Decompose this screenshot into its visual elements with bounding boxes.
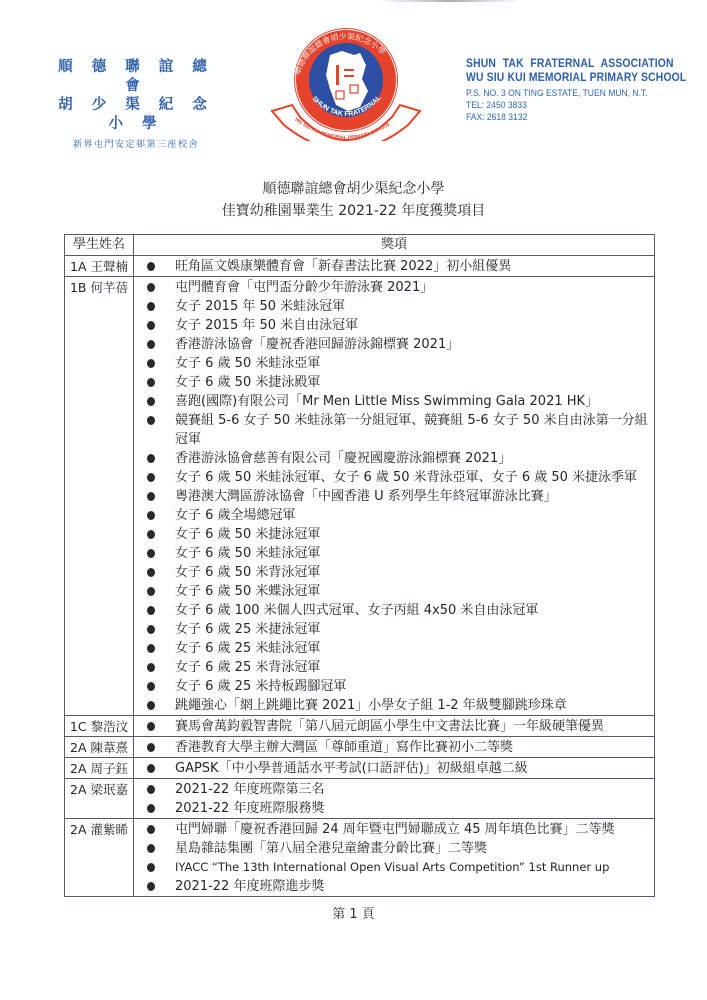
award-item: 香港游泳協會慈善有限公司「慶祝國慶游泳錦標賽 2021」: [134, 449, 654, 468]
scan-edge-shadow: [380, 0, 520, 2]
student-name: 1B 何芊蓓: [65, 277, 134, 716]
award-item: 星島雜誌集團「第八屆全港兒童繪畫分齡比賽」二等獎: [134, 839, 654, 858]
table-row: 2A 陳葦熹 香港教育大學主辦大灣區「尊師重道」寫作比賽初小二等獎: [65, 737, 655, 758]
school-crest-icon: 順德聯誼總會胡少渠紀念小學 SHUN TAK FRATERNAL ASSN WU…: [268, 25, 424, 141]
award-item: IYACC “The 13th International Open Visua…: [134, 858, 654, 877]
award-item: 女子 6 歲 25 米捷泳冠軍: [134, 620, 654, 639]
bullet-icon: [147, 701, 155, 710]
bullet-icon: [147, 492, 155, 501]
letterhead-english: SHUN TAK FRATERNAL ASSOCIATION WU SIU KU…: [466, 57, 696, 124]
award-item: 女子 6 歲 50 米蛙泳冠軍: [134, 544, 654, 563]
award-item: 屯門婦聯「慶祝香港回歸 24 周年暨屯門婦聯成立 45 周年填色比賽」二等獎: [134, 820, 654, 839]
bullet-icon: [147, 530, 155, 539]
bullet-icon: [147, 863, 155, 872]
award-cell: 賽馬會萬鈞毅智書院「第八屆元朗區小學生中文書法比賽」一年級硬筆優異: [134, 716, 655, 737]
award-item: 女子 6 歲 50 米蛙泳冠軍、女子 6 歲 50 米背泳亞軍、女子 6 歲 5…: [134, 468, 654, 487]
bullet-icon: [147, 473, 155, 482]
table-row: 2A 灌紫睎 屯門婦聯「慶祝香港回歸 24 周年暨屯門婦聯成立 45 周年填色比…: [65, 819, 655, 897]
bullet-icon: [147, 378, 155, 387]
school-name-en: WU SIU KUI MEMORIAL PRIMARY SCHOOL: [466, 71, 673, 85]
bullet-icon: [147, 844, 155, 853]
student-name: 1C 黎浩汶: [65, 716, 134, 737]
bullet-icon: [147, 785, 155, 794]
bullet-icon: [147, 682, 155, 691]
bullet-icon: [147, 511, 155, 520]
bullet-icon: [147, 825, 155, 834]
bullet-icon: [147, 359, 155, 368]
student-name: 2A 灌紫睎: [65, 819, 134, 897]
school-telephone: TEL: 2450 3833: [466, 100, 673, 112]
school-association-name-zh: 順 德 聯 誼 總 會: [56, 57, 216, 95]
header-award: 獎項: [134, 235, 655, 256]
bullet-icon: [147, 882, 155, 891]
award-item: 香港游泳協會「慶祝香港回歸游泳錦標賽 2021」: [134, 335, 654, 354]
association-name-en: SHUN TAK FRATERNAL ASSOCIATION: [466, 57, 673, 71]
bullet-icon: [147, 416, 155, 425]
award-cell: 2021-22 年度班際第三名 2021-22 年度班際服務獎: [134, 779, 655, 819]
school-name-zh: 胡 少 渠 紀 念 小 學: [56, 95, 216, 133]
page-number: 第 1 頁: [0, 903, 707, 922]
bullet-icon: [147, 283, 155, 292]
award-item: GAPSK「中小學普通話水平考試(口語評估)」初級組卓越二級: [134, 759, 654, 778]
awards-table: 學生姓名 獎項 1A 王聲楠 旺角區文娛康樂體育會「新春書法比賽 2022」初小…: [64, 234, 655, 897]
award-cell: 香港教育大學主辦大灣區「尊師重道」寫作比賽初小二等獎: [134, 737, 655, 758]
award-item: 香港教育大學主辦大灣區「尊師重道」寫作比賽初小二等獎: [134, 738, 654, 757]
award-cell: GAPSK「中小學普通話水平考試(口語評估)」初級組卓越二級: [134, 758, 655, 779]
bullet-icon: [147, 743, 155, 752]
school-address-en: P.S. NO. 3 ON TING ESTATE, TUEN MUN, N.T…: [466, 88, 673, 100]
bullet-icon: [147, 663, 155, 672]
award-item: 女子 6 歲 50 米捷泳冠軍: [134, 525, 654, 544]
award-item: 女子 2015 年 50 米自由泳冠軍: [134, 316, 654, 335]
bullet-icon: [147, 764, 155, 773]
award-item: 女子 6 歲 50 米捷泳殿軍: [134, 373, 654, 392]
table-row: 1A 王聲楠 旺角區文娛康樂體育會「新春書法比賽 2022」初小組優異: [65, 256, 655, 277]
bullet-icon: [147, 397, 155, 406]
school-fax: FAX: 2618 3132: [466, 112, 673, 124]
award-item: 2021-22 年度班際進步獎: [134, 877, 654, 896]
award-item: 跳繩強心「網上跳繩比賽 2021」小學女子組 1-2 年級雙腳跳珍珠章: [134, 696, 654, 715]
award-item: 女子 6 歲 100 米個人四式冠軍、女子丙組 4x50 米自由泳冠軍: [134, 601, 654, 620]
bullet-icon: [147, 625, 155, 634]
school-logo: 順德聯誼總會胡少渠紀念小學 SHUN TAK FRATERNAL ASSN WU…: [268, 25, 424, 141]
award-item: 屯門體育會「屯門盃分齡少年游泳賽 2021」: [134, 278, 654, 297]
bullet-icon: [147, 587, 155, 596]
student-name: 2A 周子鈺: [65, 758, 134, 779]
bullet-icon: [147, 722, 155, 731]
award-cell: 屯門體育會「屯門盃分齡少年游泳賽 2021」 女子 2015 年 50 米蛙泳冠…: [134, 277, 655, 716]
bullet-icon: [147, 644, 155, 653]
bullet-icon: [147, 340, 155, 349]
award-item: 競賽組 5-6 女子 50 米蛙泳第一分組冠軍、競賽組 5-6 女子 50 米自…: [134, 411, 654, 449]
student-name: 2A 陳葦熹: [65, 737, 134, 758]
table-header-row: 學生姓名 獎項: [65, 235, 655, 256]
letterhead-chinese: 順 德 聯 誼 總 會 胡 少 渠 紀 念 小 學 新界屯門安定邨第三座校舍: [56, 57, 216, 150]
award-item: 女子 2015 年 50 米蛙泳冠軍: [134, 297, 654, 316]
award-item: 女子 6 歲 25 米持板踢腳冠軍: [134, 677, 654, 696]
award-item: 旺角區文娛康樂體育會「新春書法比賽 2022」初小組優異: [134, 257, 654, 276]
bullet-icon: [147, 606, 155, 615]
student-name: 2A 梁珉嘉: [65, 779, 134, 819]
award-item: 女子 6 歲 50 米蛙泳亞軍: [134, 354, 654, 373]
award-item: 2021-22 年度班際服務獎: [134, 799, 654, 818]
bullet-icon: [147, 262, 155, 271]
award-item: 喜跑(國際)有限公司「Mr Men Little Miss Swimming G…: [134, 392, 654, 411]
table-row: 2A 周子鈺 GAPSK「中小學普通話水平考試(口語評估)」初級組卓越二級: [65, 758, 655, 779]
school-address-zh: 新界屯門安定邨第三座校舍: [56, 137, 216, 150]
award-item: 女子 6 歲 50 米蝶泳冠軍: [134, 582, 654, 601]
award-cell: 屯門婦聯「慶祝香港回歸 24 周年暨屯門婦聯成立 45 周年填色比賽」二等獎 星…: [134, 819, 655, 897]
table-row: 2A 梁珉嘉 2021-22 年度班際第三名 2021-22 年度班際服務獎: [65, 779, 655, 819]
bullet-icon: [147, 549, 155, 558]
document-title-awards: 佳寶幼稚園畢業生 2021-22 年度獲獎項目: [0, 200, 707, 220]
award-item: 2021-22 年度班際第三名: [134, 780, 654, 799]
header-student-name: 學生姓名: [65, 235, 134, 256]
document-title-school: 順德聯誼總會胡少渠紀念小學: [0, 178, 707, 198]
bullet-icon: [147, 302, 155, 311]
bullet-icon: [147, 804, 155, 813]
table-row: 1B 何芊蓓 屯門體育會「屯門盃分齡少年游泳賽 2021」 女子 2015 年 …: [65, 277, 655, 716]
award-item: 女子 6 歲 25 米蛙泳冠軍: [134, 639, 654, 658]
award-item: 女子 6 歲全場總冠軍: [134, 506, 654, 525]
bullet-icon: [147, 321, 155, 330]
award-item: 女子 6 歲 25 米背泳冠軍: [134, 658, 654, 677]
table-row: 1C 黎浩汶 賽馬會萬鈞毅智書院「第八屆元朗區小學生中文書法比賽」一年級硬筆優異: [65, 716, 655, 737]
award-cell: 旺角區文娛康樂體育會「新春書法比賽 2022」初小組優異: [134, 256, 655, 277]
award-item: 粵港澳大灣區游泳協會「中國香港 U 系列學生年終冠軍游泳比賽」: [134, 487, 654, 506]
award-item: 賽馬會萬鈞毅智書院「第八屆元朗區小學生中文書法比賽」一年級硬筆優異: [134, 717, 654, 736]
student-name: 1A 王聲楠: [65, 256, 134, 277]
bullet-icon: [147, 568, 155, 577]
award-item: 女子 6 歲 50 米背泳冠軍: [134, 563, 654, 582]
bullet-icon: [147, 454, 155, 463]
